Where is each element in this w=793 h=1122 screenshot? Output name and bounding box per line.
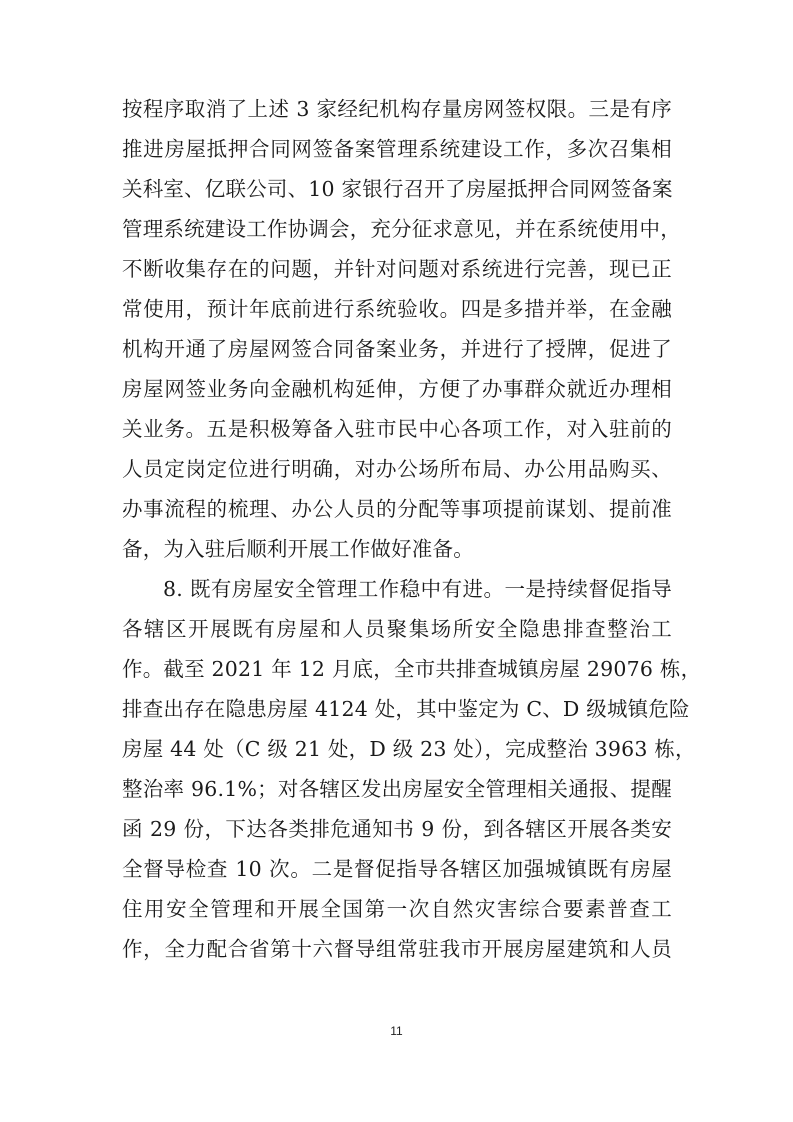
text-line: 机构开通了房屋网签合同备案业务，并进行了授牌，促进了 — [122, 329, 672, 369]
text-line: 关科室、亿联公司、10 家银行召开了房屋抵押合同网签备案 — [122, 169, 672, 209]
section-heading-line: 8. 既有房屋安全管理工作稳中有进。一是持续督促指导 — [122, 569, 672, 609]
text-line: 推进房屋抵押合同网签备案管理系统建设工作，多次召集相 — [122, 129, 672, 169]
text-line: 房屋 44 处（C 级 21 处，D 级 23 处），完成整治 3963 栋， — [122, 729, 672, 769]
text-line: 各辖区开展既有房屋和人员聚集场所安全隐患排查整治工 — [122, 609, 672, 649]
text-line: 全督导检查 10 次。二是督促指导各辖区加强城镇既有房屋 — [122, 849, 672, 889]
paragraph-1: 按程序取消了上述 3 家经纪机构存量房网签权限。三是有序 推进房屋抵押合同网签备… — [122, 89, 672, 569]
text-line: 不断收集存在的问题，并针对问题对系统进行完善，现已正 — [122, 249, 672, 289]
text-line: 整治率 96.1%；对各辖区发出房屋安全管理相关通报、提醒 — [122, 769, 672, 809]
text-line: 排查出存在隐患房屋 4124 处，其中鉴定为 C、D 级城镇危险 — [122, 689, 672, 729]
document-page: 按程序取消了上述 3 家经纪机构存量房网签权限。三是有序 推进房屋抵押合同网签备… — [0, 0, 793, 1122]
text-line: 常使用，预计年底前进行系统验收。四是多措并举，在金融 — [122, 289, 672, 329]
paragraph-2: 8. 既有房屋安全管理工作稳中有进。一是持续督促指导 各辖区开展既有房屋和人员聚… — [122, 569, 672, 969]
text-line: 关业务。五是积极筹备入驻市民中心各项工作，对入驻前的 — [122, 409, 672, 449]
text-line: 作，全力配合省第十六督导组常驻我市开展房屋建筑和人员 — [122, 929, 672, 969]
text-line: 住用安全管理和开展全国第一次自然灾害综合要素普查工 — [122, 889, 672, 929]
text-line: 办事流程的梳理、办公人员的分配等事项提前谋划、提前准 — [122, 489, 672, 529]
body-text: 按程序取消了上述 3 家经纪机构存量房网签权限。三是有序 推进房屋抵押合同网签备… — [122, 89, 672, 969]
text-line: 函 29 份，下达各类排危通知书 9 份，到各辖区开展各类安 — [122, 809, 672, 849]
text-line: 管理系统建设工作协调会，充分征求意见，并在系统使用中， — [122, 209, 672, 249]
text-line: 按程序取消了上述 3 家经纪机构存量房网签权限。三是有序 — [122, 89, 672, 129]
text-line: 备，为入驻后顺利开展工作做好准备。 — [122, 529, 672, 569]
page-number: 11 — [0, 1024, 793, 1038]
text-line: 人员定岗定位进行明确，对办公场所布局、办公用品购买、 — [122, 449, 672, 489]
text-line: 房屋网签业务向金融机构延伸，方便了办事群众就近办理相 — [122, 369, 672, 409]
text-line: 作。截至 2021 年 12 月底，全市共排查城镇房屋 29076 栋， — [122, 649, 672, 689]
